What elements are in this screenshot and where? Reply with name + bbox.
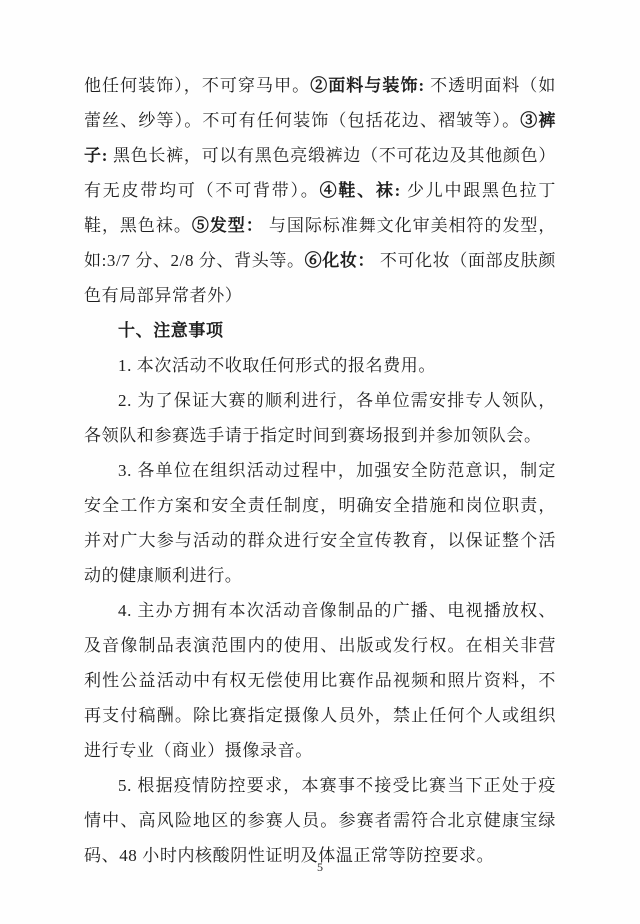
section-heading-notes: 十、注意事项 bbox=[84, 313, 556, 348]
note-item-5: 5. 根据疫情防控要求，本赛事不接受比赛当下正处于疫情中、高风险地区的参赛人员。… bbox=[84, 768, 556, 873]
note-item-4: 4. 主办方拥有本次活动音像制品的广播、电视播放权、及音像制品表演范围内的使用、… bbox=[84, 593, 556, 768]
label-fabric-decoration: ②面料与装饰: bbox=[310, 76, 425, 95]
page-number: 5 bbox=[0, 860, 640, 875]
label-shoes-socks: ④鞋、袜: bbox=[320, 181, 401, 200]
attire-requirements-paragraph: 他任何装饰），不可穿马甲。②面料与装饰: 不透明面料（如蕾丝、纱等）。不可有任何… bbox=[84, 68, 556, 313]
label-hairstyle: ⑤发型： bbox=[192, 216, 264, 235]
note-item-1: 1. 本次活动不收取任何形式的报名费用。 bbox=[84, 348, 556, 383]
document-page: 他任何装饰），不可穿马甲。②面料与装饰: 不透明面料（如蕾丝、纱等）。不可有任何… bbox=[0, 0, 640, 924]
label-makeup: ⑥化妆： bbox=[305, 251, 375, 270]
text-run: 他任何装饰），不可穿马甲。 bbox=[84, 76, 310, 95]
page-content: 他任何装饰），不可穿马甲。②面料与装饰: 不透明面料（如蕾丝、纱等）。不可有任何… bbox=[84, 68, 556, 873]
note-item-3: 3. 各单位在组织活动过程中，加强安全防范意识，制定安全工作方案和安全责任制度，… bbox=[84, 453, 556, 593]
note-item-2: 2. 为了保证大赛的顺利进行，各单位需安排专人领队，各领队和参赛选手请于指定时间… bbox=[84, 383, 556, 453]
